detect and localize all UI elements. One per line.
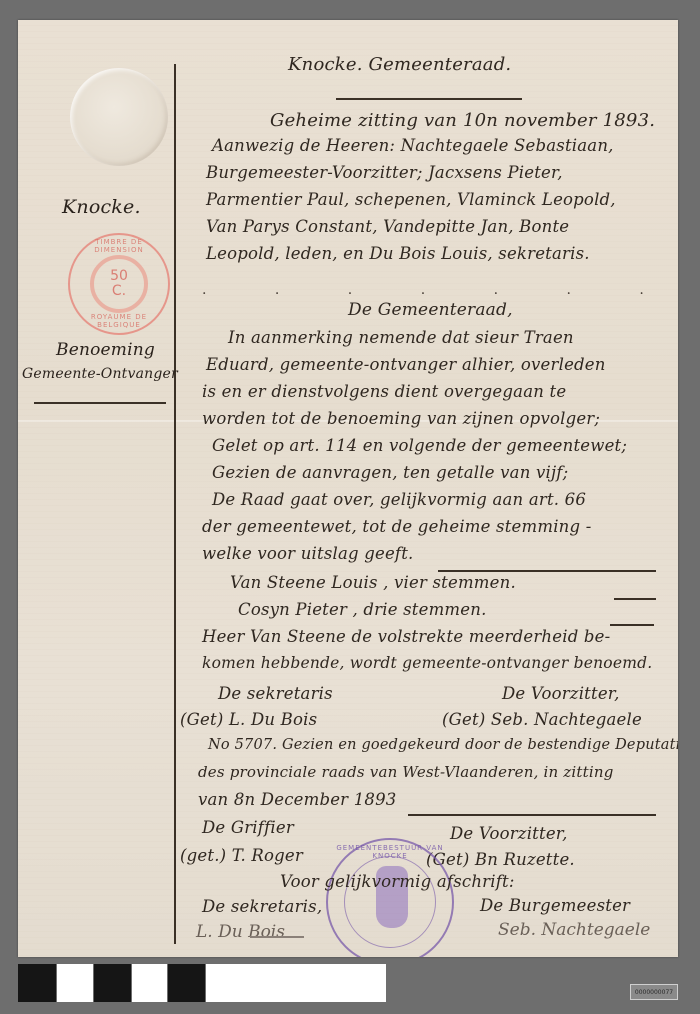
margin-subject-2: Gemeente-Ontvanger [22,366,178,382]
line-filler [614,598,656,600]
body-line: De Raad gaat over, gelijkvormig aan art.… [212,490,586,509]
margin-underline [34,402,166,404]
document-title: Knocke. Gemeenteraad. [288,54,511,75]
secretary-title-2: De sekretaris, [202,897,322,916]
document-page: Knocke. TIMBRE DE DIMENSION 50 C. ROYAUM… [18,20,678,957]
council-heading: De Gemeenteraad, [348,300,513,320]
approval-line: des provinciale raads van West-Vlaandere… [198,763,614,781]
body-line: welke voor uitslag geeft. [202,544,414,563]
body-line: der gemeentewet, tot de geheime stemming… [202,517,592,536]
registrar-signature: (get.) T. Roger [180,846,303,865]
margin-place: Knocke. [62,196,141,218]
attendance-line: Van Parys Constant, Vandepitte Jan, Bont… [206,217,569,236]
dot-separator: . . . . . . . . . . . . . . [202,282,662,298]
body-line: Eduard, gemeente-ontvanger alhier, overl… [206,355,606,374]
copy-line: Voor gelijkvormig afschrift: [280,872,515,891]
stamp-value: 50 [110,269,128,284]
mayor-handsignature: Seb. Nachtegaele [498,920,650,940]
mayor-title: De Burgemeester [480,896,630,915]
result-line: komen hebbende, wordt gemeente-ontvanger… [202,654,652,672]
colorbar-black-2 [94,964,131,1002]
secretary-signature: (Get) L. Du Bois [180,710,317,729]
vote-line: Van Steene Louis , vier stemmen. [230,573,516,592]
body-line: worden tot de benoeming van zijnen opvol… [202,409,600,428]
session-line: Geheime zitting van 10n november 1893. [270,110,655,131]
signature-flourish [250,936,304,938]
registrar-title: De Griffier [202,818,294,837]
colorbar-black-1 [18,964,56,1002]
line-filler [408,814,656,816]
chairman-title-2: De Voorzitter, [450,824,568,843]
line-filler [438,570,656,572]
archive-label-tag: 0000000077 [630,984,678,1000]
municipal-seal-stamp: GEMEENTEBESTUUR VAN KNOCKE [326,838,454,957]
approval-line: van 8n December 1893 [198,790,397,809]
body-line: In aanmerking nemende dat sieur Traen [228,328,574,347]
approval-line: No 5707. Gezien en goedgekeurd door de b… [208,737,678,753]
stamp-ring-text-bottom: ROYAUME DE BELGIQUE [70,313,168,329]
colorbar-white-1 [57,964,93,1002]
attendance-line: Parmentier Paul, schepenen, Vlaminck Leo… [206,190,616,209]
body-line: Gelet op art. 114 en volgende der gemeen… [212,436,627,455]
vote-line: Cosyn Pieter , drie stemmen. [238,600,487,619]
attendance-line: Leopold, leden, en Du Bois Louis, sekret… [206,244,590,263]
body-line: is en er dienstvolgens dient overgegaan … [202,382,566,401]
margin-line [174,64,176,944]
body-line: Gezien de aanvragen, ten getalle van vij… [212,463,568,482]
result-line: Heer Van Steene de volstrekte meerderhei… [202,627,610,646]
chairman-signature: (Get) Seb. Nachtegaele [442,710,642,729]
stamp-ring-text-top: TIMBRE DE DIMENSION [70,238,168,254]
stamp-unit: C. [112,284,126,299]
colorbar-black-3 [168,964,205,1002]
embossed-seal [70,68,168,166]
attendance-line: Burgemeester-Voorzitter; Jacxsens Pieter… [206,163,563,182]
chairman-title: De Voorzitter, [502,684,620,703]
secretary-title: De sekretaris [218,684,333,703]
line-filler [610,624,654,626]
colorbar-white-strip [206,964,386,1002]
colorbar-white-2 [132,964,167,1002]
secretary-handsignature: L. Du Bois [196,922,285,942]
attendance-line: Aanwezig de Heeren: Nachtegaele Sebastia… [212,136,614,155]
margin-subject-1: Benoeming [56,340,155,360]
title-underline [336,98,522,100]
revenue-stamp: TIMBRE DE DIMENSION 50 C. ROYAUME DE BEL… [68,233,170,335]
